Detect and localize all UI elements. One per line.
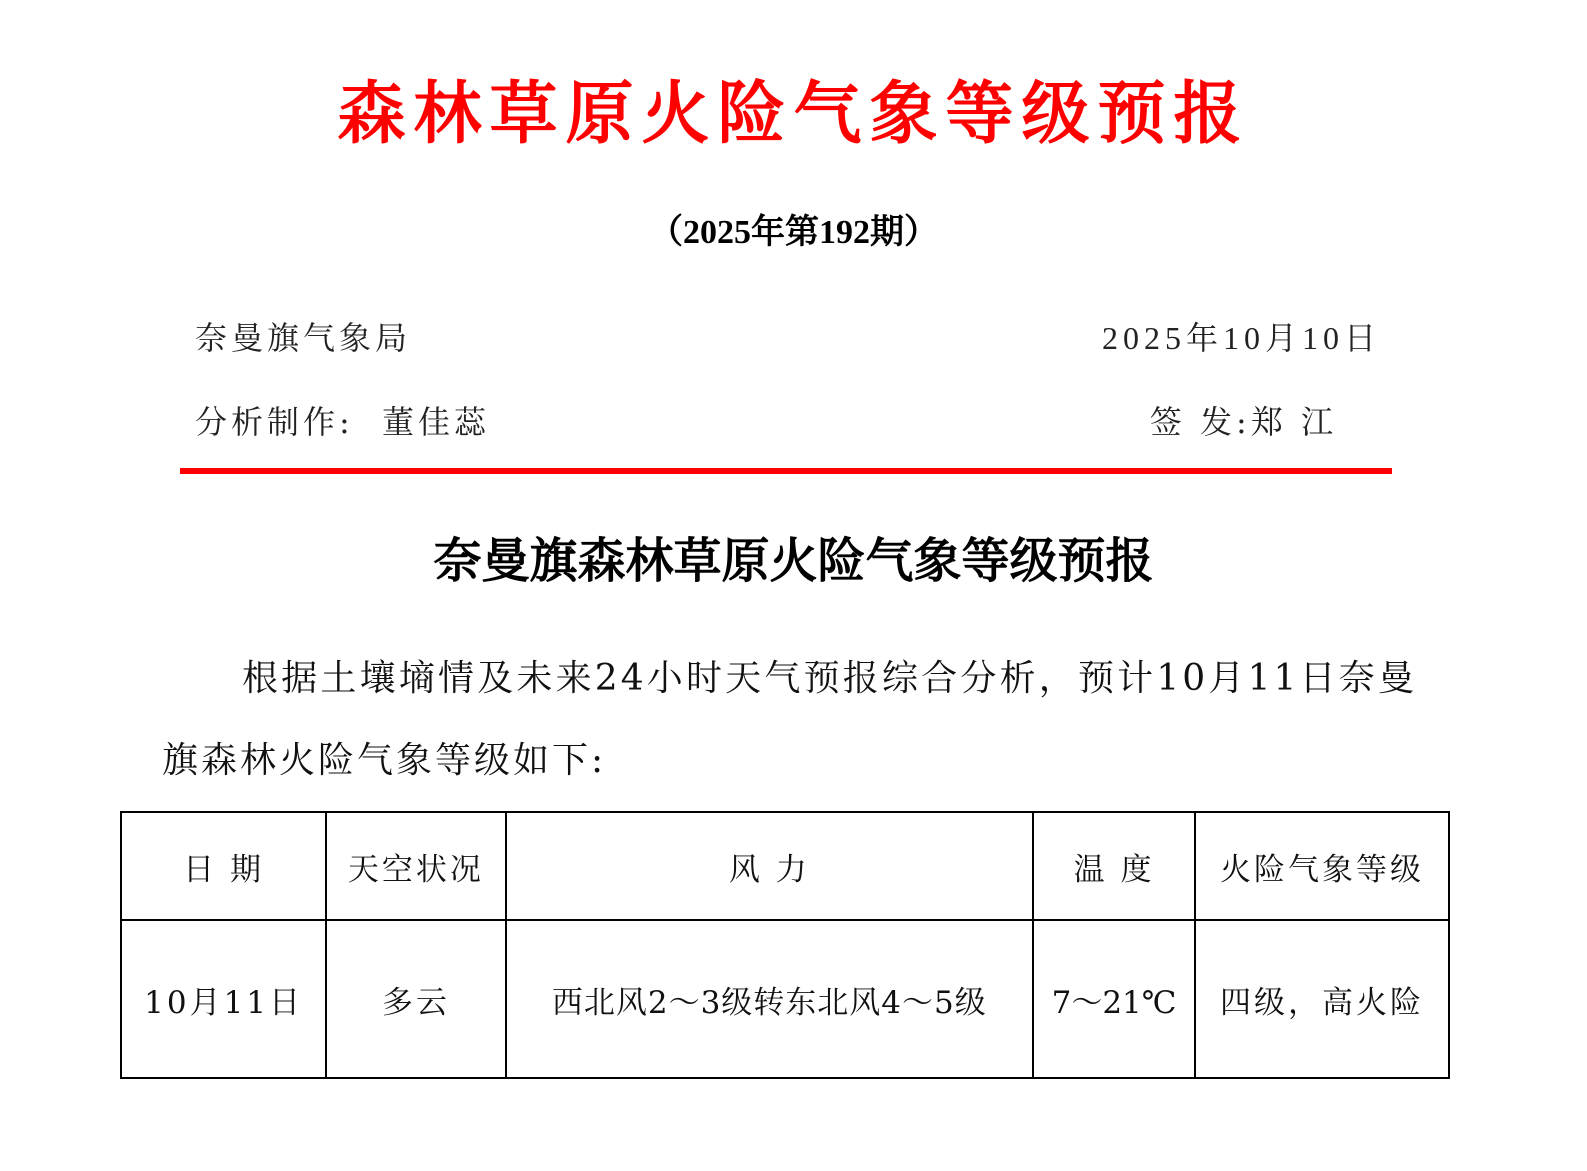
cell-sky: 多云 bbox=[326, 920, 505, 1078]
header-fire-level: 火险气象等级 bbox=[1195, 812, 1449, 920]
signer-name: 郑 江 bbox=[1251, 403, 1337, 441]
table-row: 10月11日 多云 西北风2～3级转东北风4～5级 7～21℃ 四级，高火险 bbox=[121, 920, 1449, 1078]
forecast-table: 日 期 天空状况 风 力 温 度 火险气象等级 10月11日 多云 西北风2～3… bbox=[120, 811, 1450, 1079]
cell-temperature: 7～21℃ bbox=[1033, 920, 1195, 1078]
header-temperature: 温 度 bbox=[1033, 812, 1195, 920]
table-header-row: 日 期 天空状况 风 力 温 度 火险气象等级 bbox=[121, 812, 1449, 920]
author-line: 分析制作: 董佳蕊 bbox=[195, 400, 490, 444]
issue-date: 2025年10月10日 bbox=[1102, 316, 1381, 360]
red-divider bbox=[180, 468, 1392, 474]
author-label: 分析制作: bbox=[195, 403, 354, 441]
masthead-title: 森林草原火险气象等级预报 bbox=[0, 70, 1587, 160]
signer-line: 签 发:郑 江 bbox=[1150, 400, 1337, 444]
document-title: 奈曼旗森林草原火险气象等级预报 bbox=[0, 528, 1587, 594]
issue-number: （2025年第192期） bbox=[0, 208, 1587, 258]
issuing-organization: 奈曼旗气象局 bbox=[195, 316, 411, 360]
signer-label: 签 发: bbox=[1150, 403, 1251, 441]
header-wind: 风 力 bbox=[506, 812, 1033, 920]
cell-fire-level: 四级，高火险 bbox=[1195, 920, 1449, 1078]
author-name: 董佳蕊 bbox=[382, 403, 490, 441]
cell-date: 10月11日 bbox=[121, 920, 326, 1078]
header-date: 日 期 bbox=[121, 812, 326, 920]
header-sky: 天空状况 bbox=[326, 812, 505, 920]
cell-wind: 西北风2～3级转东北风4～5级 bbox=[506, 920, 1033, 1078]
forecast-paragraph: 根据土壤墒情及未来24小时天气预报综合分析，预计10月11日奈曼旗森林火险气象等… bbox=[162, 638, 1417, 802]
